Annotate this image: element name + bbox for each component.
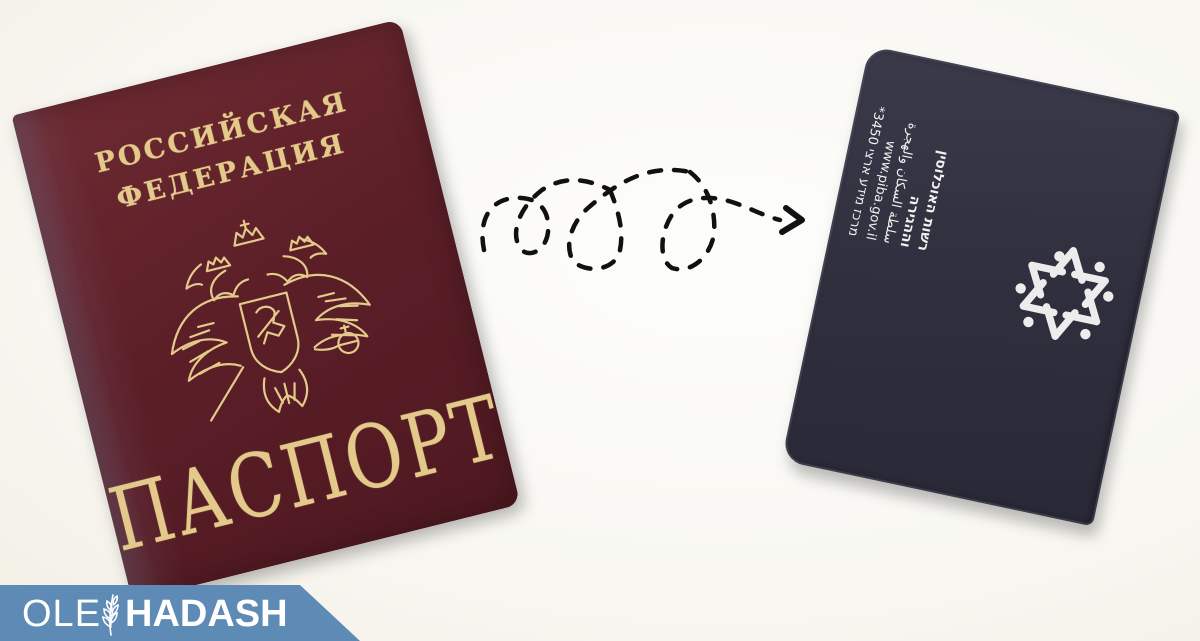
double-headed-eagle-icon bbox=[135, 186, 399, 443]
photo-scene: РОССИЙСКАЯ ФЕДЕРАЦИЯ bbox=[0, 0, 1200, 641]
olive-branch-icon bbox=[100, 591, 120, 637]
ole-hadash-logo: OLE HADASH bbox=[0, 585, 360, 641]
israeli-cover-text: רשות האוכלוסין וההגירה سلطة السكان والهج… bbox=[822, 120, 1051, 449]
brand-word-hadash: HADASH bbox=[125, 593, 288, 636]
russian-passport: РОССИЙСКАЯ ФЕДЕРАЦИЯ bbox=[11, 19, 520, 601]
dashed-arrow-icon bbox=[470, 150, 810, 290]
brand-word-ole: OLE bbox=[22, 593, 101, 636]
israeli-document-cover: רשות האוכלוסין וההגירה سلطة السكان والهج… bbox=[781, 46, 1180, 527]
